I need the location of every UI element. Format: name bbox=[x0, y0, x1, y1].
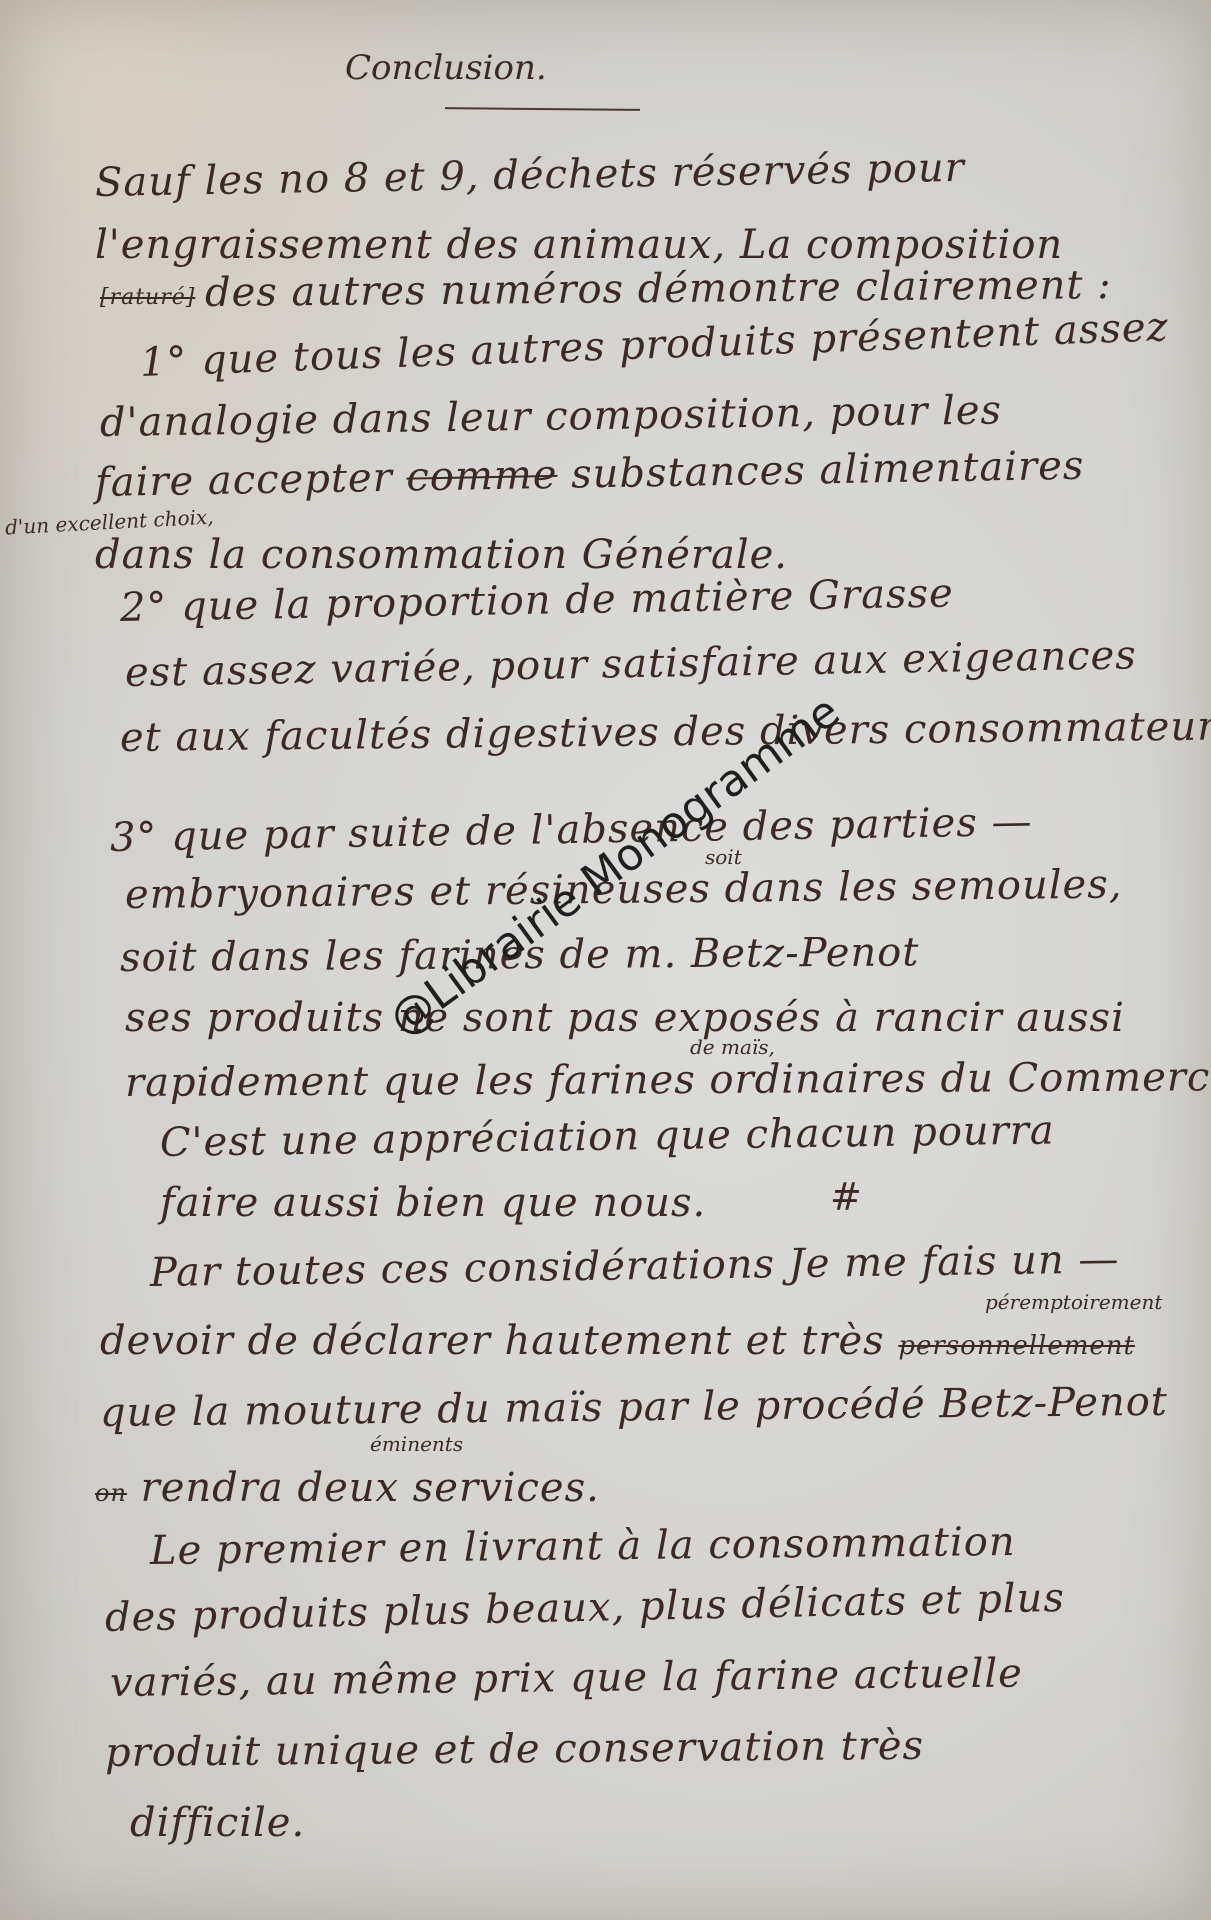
interlinear-insertion: péremptoirement bbox=[985, 1290, 1162, 1314]
interlinear-insertion: de maïs, bbox=[690, 1035, 775, 1059]
struck-word: on bbox=[95, 1479, 127, 1507]
text-line: on rendra deux services. bbox=[95, 1465, 600, 1511]
text-line: des produits plus beaux, plus délicats e… bbox=[105, 1575, 1066, 1641]
text-line: des autres numéros démontre clairement : bbox=[205, 262, 1112, 316]
text-segment: devoir de déclarer hautement et très bbox=[100, 1318, 885, 1364]
text-line: embryonaires et résineuses dans les semo… bbox=[125, 862, 1123, 918]
text-segment: substances alimentaires bbox=[571, 443, 1085, 498]
text-line: devoir de déclarer hautement et très per… bbox=[100, 1318, 1135, 1364]
struck-word: personnellement bbox=[898, 1331, 1135, 1361]
text-line: l'engraissement des animaux, La composit… bbox=[95, 222, 1063, 268]
struck-word: comme bbox=[406, 452, 558, 501]
title-underline bbox=[445, 107, 640, 111]
text-line: que la mouture du maïs par le procédé Be… bbox=[100, 1379, 1168, 1436]
text-line: et aux facultés digestives des divers co… bbox=[120, 703, 1211, 761]
text-line: variés, au même prix que la farine actue… bbox=[110, 1650, 1023, 1706]
text-line: 1° que tous les autres produits présente… bbox=[139, 304, 1169, 386]
text-line: Par toutes ces considérations Je me fais… bbox=[150, 1236, 1120, 1296]
manuscript-page: Conclusion. Sauf les no 8 et 9, déchets … bbox=[0, 0, 1211, 1920]
text-line: est assez variée, pour satisfaire aux ex… bbox=[125, 632, 1138, 696]
text-segment: rendra deux services. bbox=[141, 1465, 600, 1511]
text-line: difficile. bbox=[130, 1800, 305, 1846]
text-line: 2° que la proportion de matière Grasse bbox=[120, 570, 954, 631]
section-mark: # bbox=[830, 1175, 862, 1219]
text-line: C'est une appréciation que chacun pourra bbox=[160, 1108, 1055, 1166]
struck-word: [raturé] bbox=[100, 285, 195, 310]
page-title: Conclusion. bbox=[345, 48, 547, 88]
text-line: ses produits ne sont pas exposés à ranci… bbox=[125, 995, 1125, 1041]
text-line: Le premier en livrant à la consommation bbox=[150, 1519, 1016, 1574]
text-line: faire aussi bien que nous. bbox=[160, 1180, 706, 1226]
text-line: rapidement que les farines ordinaires du… bbox=[125, 1054, 1211, 1106]
text-line: 3° que par suite de l'absence des partie… bbox=[110, 799, 1033, 861]
interlinear-insertion: éminents bbox=[370, 1432, 463, 1456]
text-line: Sauf les no 8 et 9, déchets réservés pou… bbox=[95, 145, 966, 206]
text-line: soit dans les farines de m. Betz-Penot bbox=[120, 929, 920, 981]
text-line: d'analogie dans leur composition, pour l… bbox=[100, 387, 1003, 446]
text-line: dans la consommation Générale. bbox=[95, 532, 788, 578]
text-segment: faire accepter bbox=[95, 455, 394, 506]
text-line: produit unique et de conservation très bbox=[105, 1723, 924, 1776]
text-line: faire accepter comme substances alimenta… bbox=[95, 443, 1085, 506]
